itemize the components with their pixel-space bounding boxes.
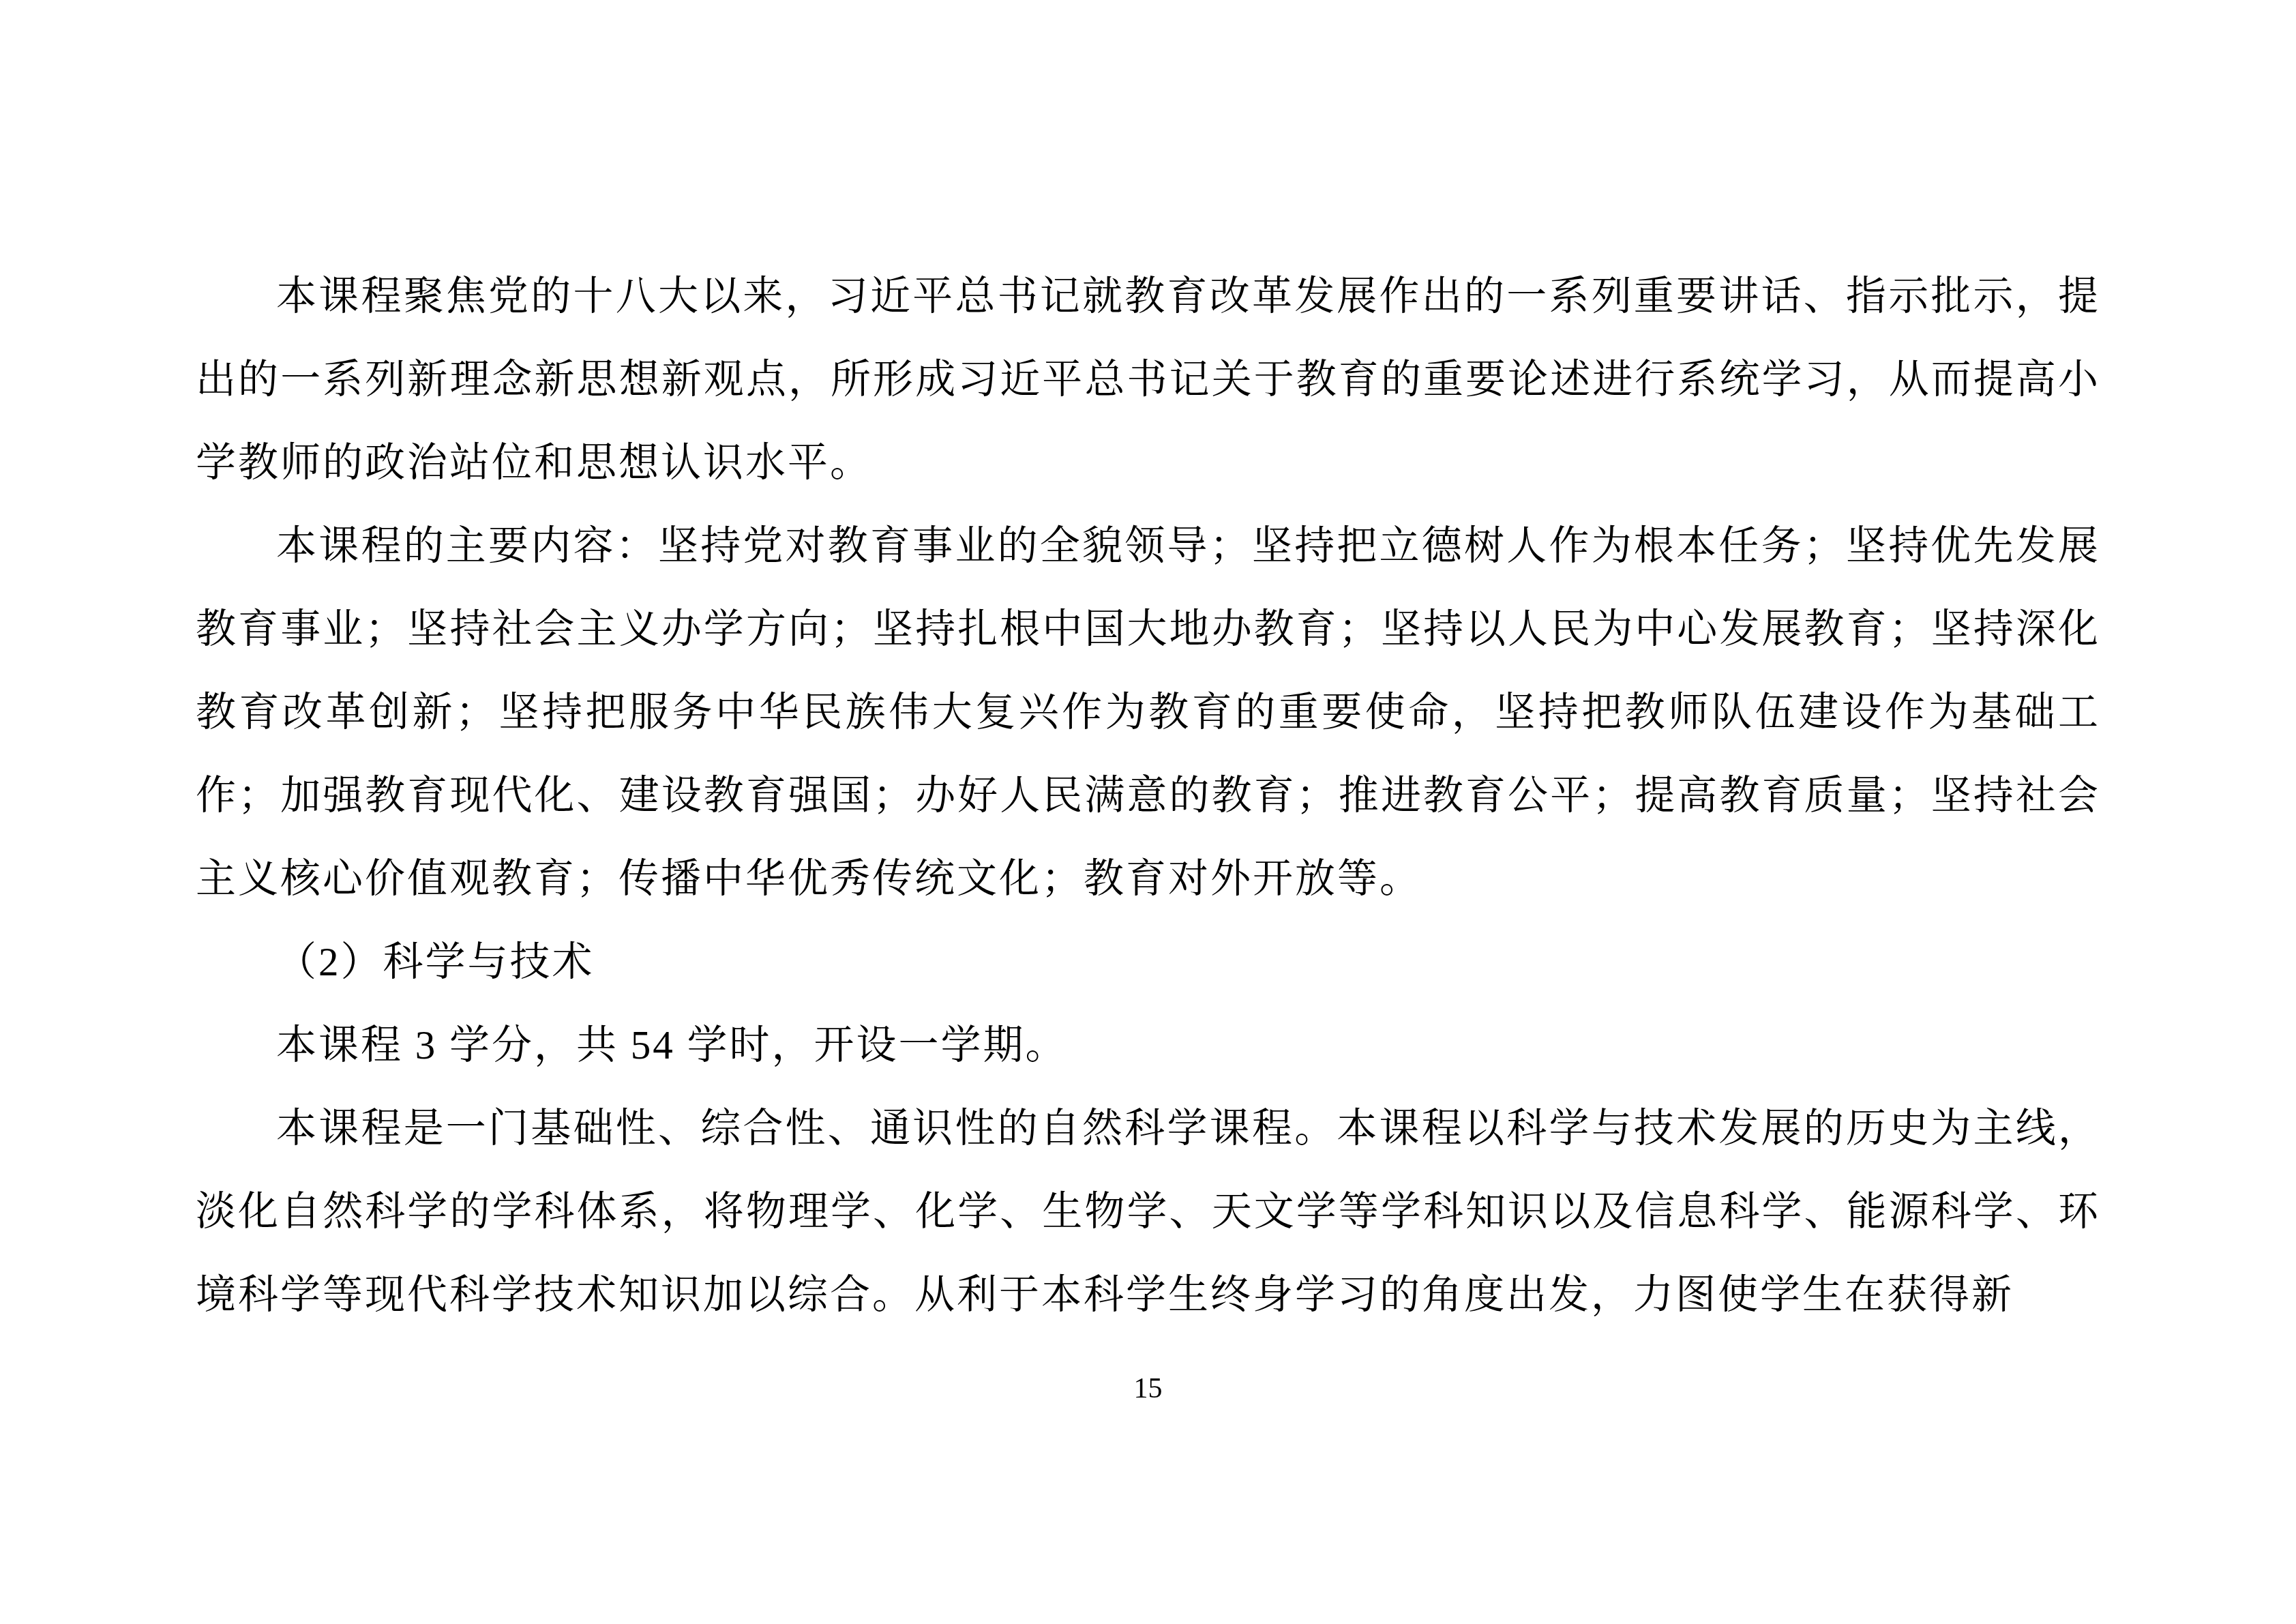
paragraph-5: 本课程是一门基础性、综合性、通识性的自然科学课程。本课程以科学与技术发展的历史为…: [196, 1087, 2100, 1336]
paragraph-1: 本课程聚焦党的十八大以来，习近平总书记就教育改革发展作出的一系列重要讲话、指示批…: [196, 254, 2100, 504]
page-number: 15: [0, 1372, 2296, 1405]
paragraph-2: 本课程的主要内容：坚持党对教育事业的全貌领导；坚持把立德树人作为根本任务；坚持优…: [196, 504, 2100, 920]
document-page: 本课程聚焦党的十八大以来，习近平总书记就教育改革发展作出的一系列重要讲话、指示批…: [0, 0, 2296, 1624]
paragraph-4: 本课程 3 学分，共 54 学时，开设一学期。: [196, 1003, 2100, 1087]
document-body: 本课程聚焦党的十八大以来，习近平总书记就教育改革发展作出的一系列重要讲话、指示批…: [196, 254, 2100, 1336]
paragraph-3-section-heading: （2）科学与技术: [196, 920, 2100, 1003]
